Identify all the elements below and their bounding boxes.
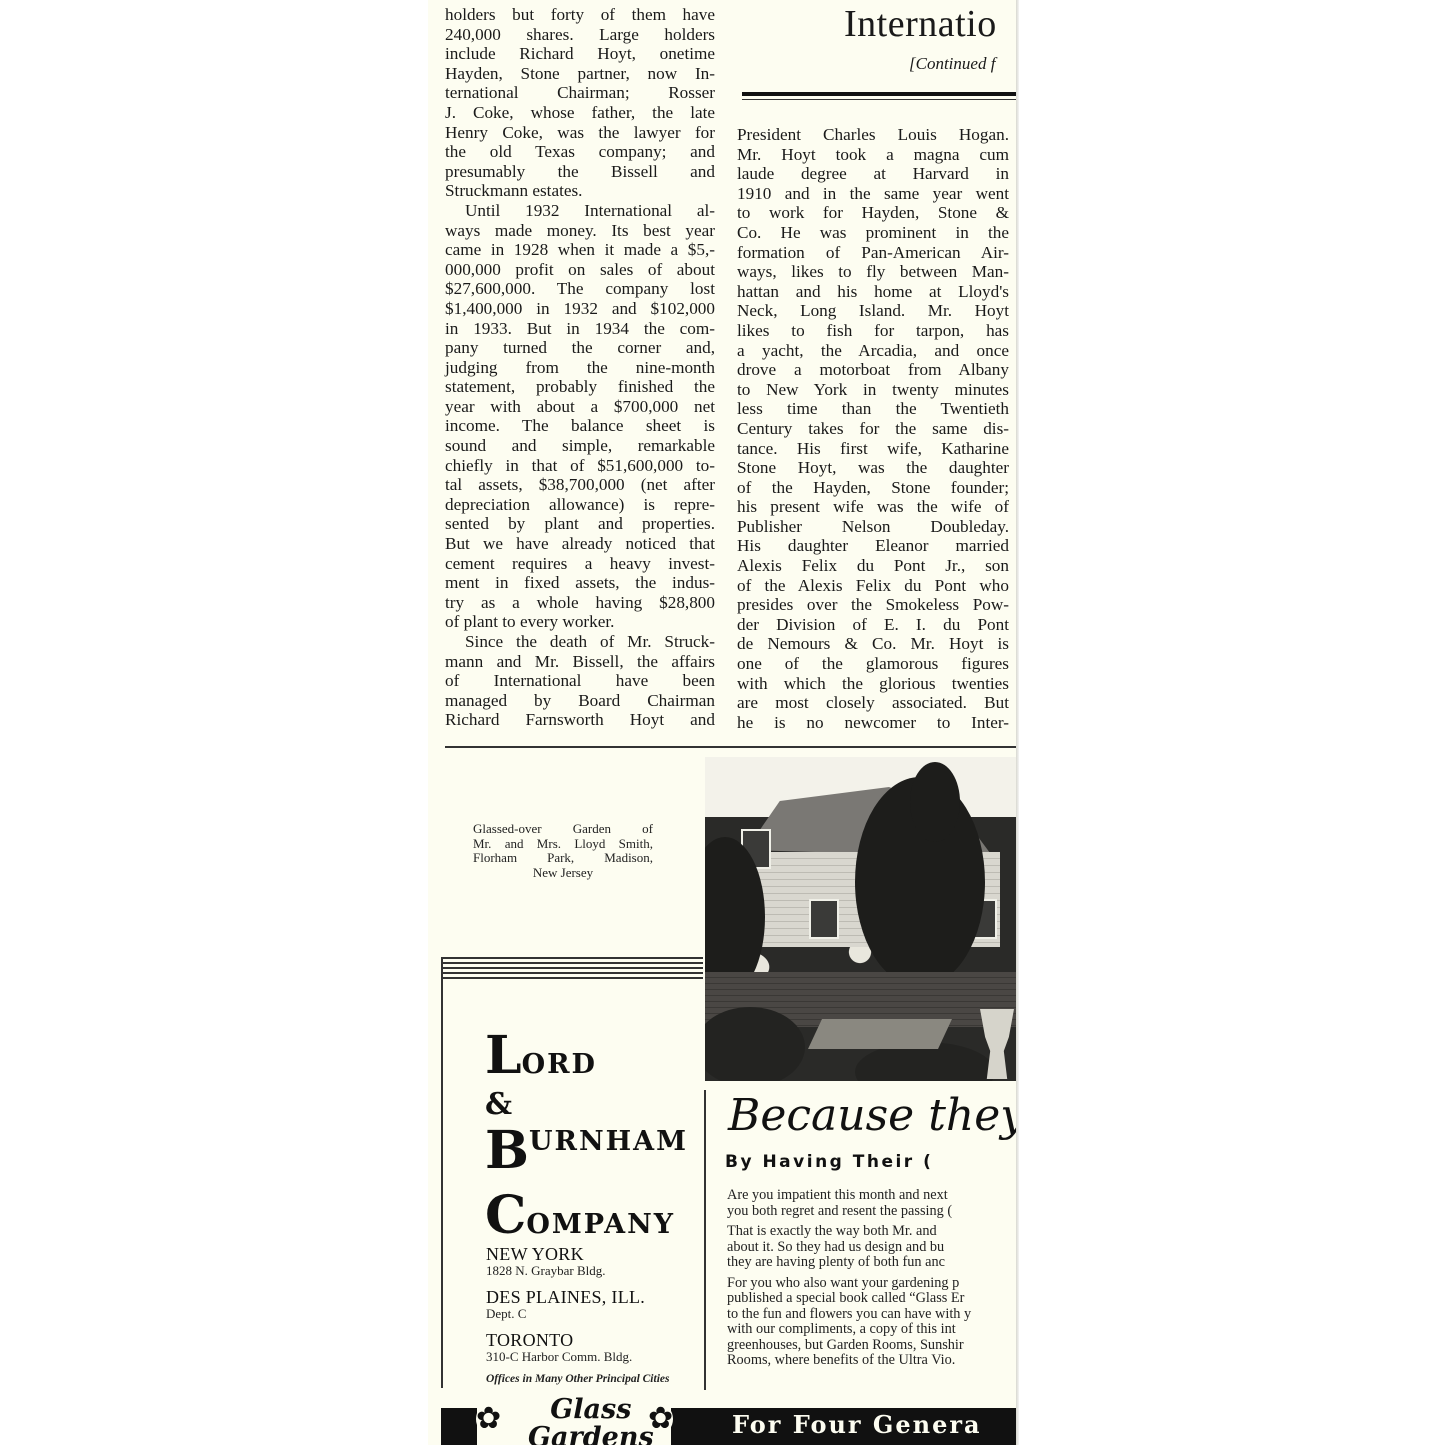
ad-border-left bbox=[441, 958, 443, 1388]
continued-note: [Continued f bbox=[909, 54, 995, 74]
photo-window bbox=[809, 899, 839, 939]
section-divider bbox=[445, 746, 1018, 748]
photo-tree bbox=[910, 762, 960, 842]
flower-icon: ✿ bbox=[476, 1404, 501, 1434]
paragraph: That is exactly the way both Mr. and abo… bbox=[727, 1224, 1018, 1271]
ad-body-copy: Are you impatient this month and next yo… bbox=[727, 1188, 1018, 1374]
paragraph: Are you impatient this month and next yo… bbox=[727, 1188, 1018, 1219]
office-list: NEW YORK 1828 N. Graybar Bldg. DES PLAIN… bbox=[486, 1244, 696, 1385]
paragraph: Until 1932 International al- ways made m… bbox=[445, 201, 715, 632]
office-city: NEW YORK bbox=[486, 1244, 696, 1264]
article-right-column: President Charles Louis Hogan. Mr. Hoyt … bbox=[737, 125, 1009, 732]
page-edge bbox=[1016, 0, 1019, 1445]
magazine-page: holders but forty of them have 240,000 s… bbox=[428, 0, 1018, 1445]
header-rule-thick bbox=[742, 92, 1018, 96]
header-rule-thin bbox=[742, 99, 1018, 100]
ad-subheadline: By Having Their ( bbox=[725, 1152, 933, 1172]
paragraph: Since the death of Mr. Struck- mann and … bbox=[445, 632, 715, 730]
ad-striped-rule bbox=[441, 957, 703, 982]
banner-bar-left bbox=[441, 1408, 477, 1445]
garden-photo bbox=[705, 757, 1017, 1081]
office-address: Dept. C bbox=[486, 1307, 696, 1321]
office-city: DES PLAINES, ILL. bbox=[486, 1287, 696, 1307]
offices-note: Offices in Many Other Principal Cities bbox=[486, 1373, 696, 1385]
photo-path bbox=[808, 1019, 952, 1049]
office-city: TORONTO bbox=[486, 1330, 696, 1350]
glass-gardens-title: Glass Gardens bbox=[528, 1396, 654, 1445]
office-address: 1828 N. Graybar Bldg. bbox=[486, 1264, 696, 1278]
ad-border-middle bbox=[704, 1090, 706, 1390]
photo-caption: Glassed-over Garden of Mr. and Mrs. Lloy… bbox=[473, 822, 653, 880]
paragraph: President Charles Louis Hogan. Mr. Hoyt … bbox=[737, 125, 1009, 732]
paragraph: holders but forty of them have 240,000 s… bbox=[445, 5, 715, 201]
ad-headline: Because they bbox=[728, 1090, 1018, 1141]
article-left-column: holders but forty of them have 240,000 s… bbox=[445, 5, 715, 730]
banner-text: For Four Genera bbox=[732, 1410, 982, 1439]
office-address: 310-C Harbor Comm. Bldg. bbox=[486, 1350, 696, 1364]
article-headline: Internatio bbox=[844, 2, 997, 46]
paragraph: For you who also want your gardening p p… bbox=[727, 1276, 1018, 1369]
